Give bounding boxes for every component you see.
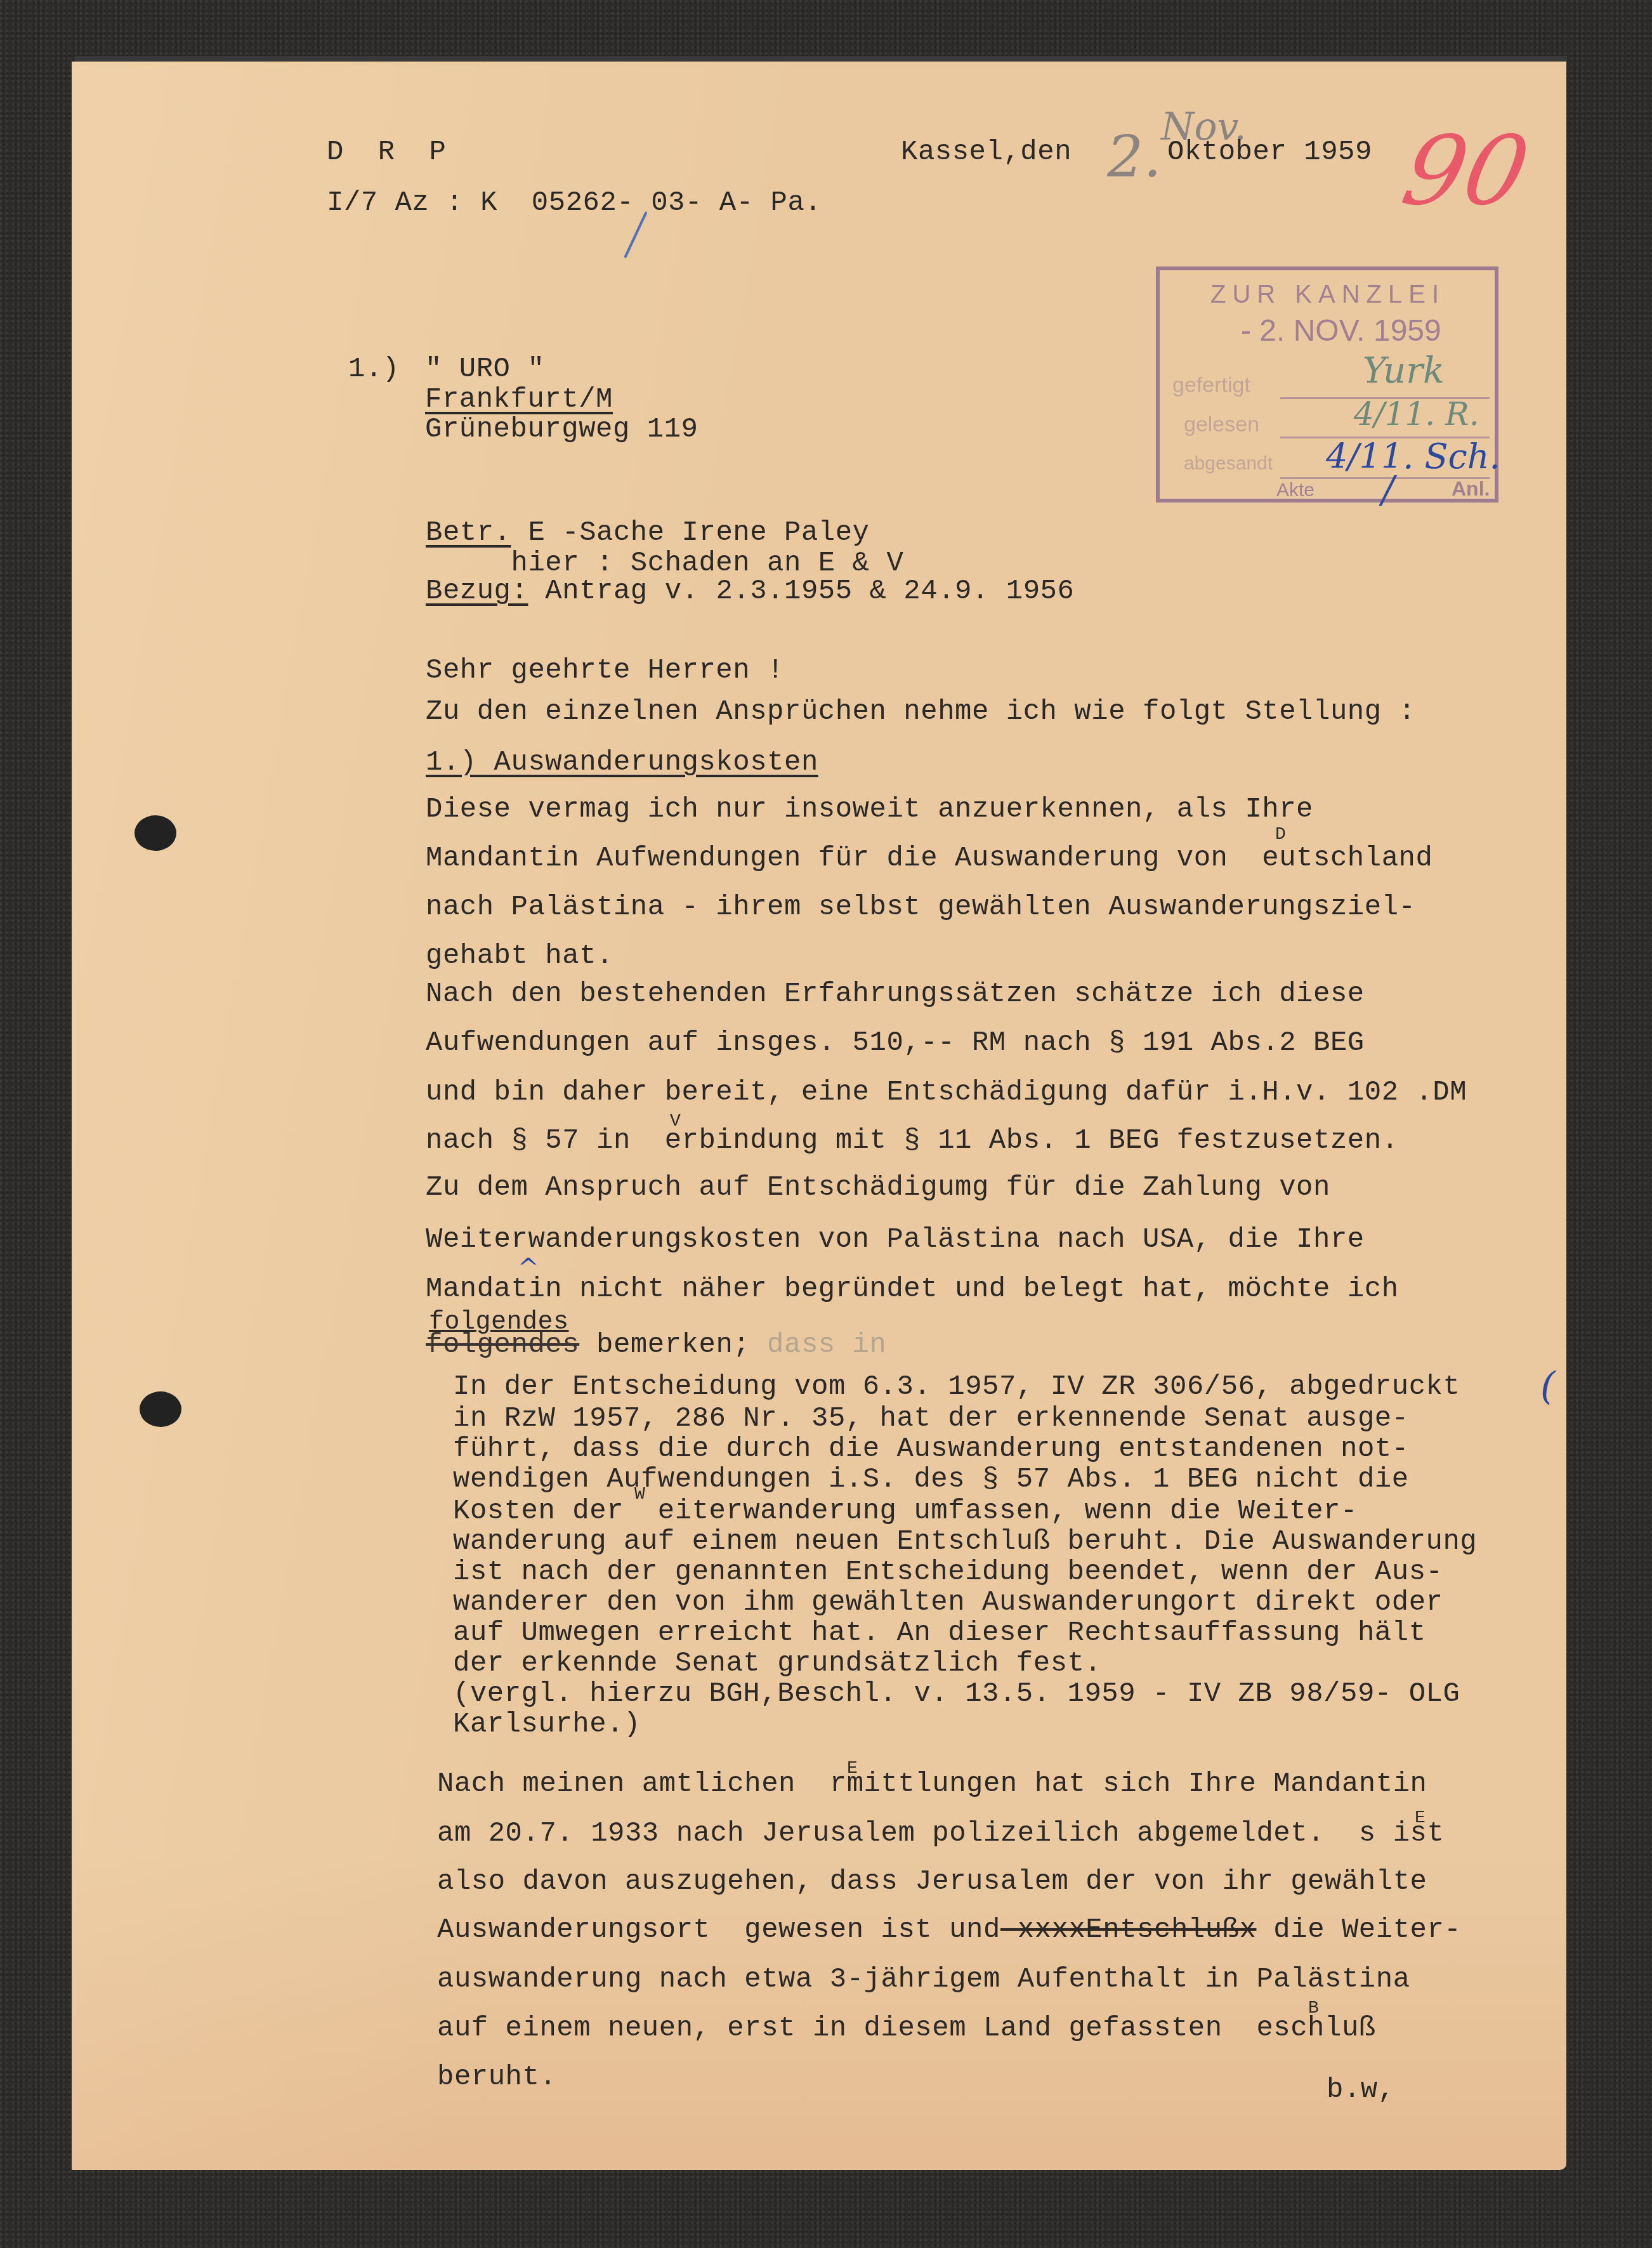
stamp-handwritten-blue: 4/11. Sch. (1326, 437, 1500, 477)
quote-line: Kosten der eiterwanderung umfassen, wenn… (453, 1497, 1358, 1525)
recipient-number: 1.) (348, 355, 400, 383)
struck-text: xxxxEntschlußx (1000, 1914, 1257, 1946)
stamp-handwritten-initials: Yurk (1363, 350, 1445, 391)
paragraph-line: Aufwendungen auf insges. 510,-- RM nach … (426, 1029, 1365, 1057)
line-text: Auswanderungsort gewesen ist und (437, 1914, 1000, 1946)
paragraph-line: Nach den bestehenden Erfahrungssätzen sc… (426, 980, 1365, 1008)
recipient-street: Grüneburgweg 119 (425, 416, 698, 444)
quote-line: (vergl. hierzu BGH,Beschl. v. 13.5. 1959… (453, 1680, 1460, 1708)
reference-number: I/7 Az : K 05262- 03- A- Pa. (327, 189, 822, 217)
superscript-correction: D (1275, 825, 1286, 845)
intro-line: Zu den einzelnen Ansprüchen nehme ich wi… (426, 698, 1415, 726)
bezug-label: Bezug: (426, 575, 528, 607)
subject-hier: hier : Schaden an E & V (426, 549, 903, 577)
section-heading: 1.) Auswanderungskosten (426, 749, 818, 777)
quote-line: führt, dass die durch die Auswanderung e… (453, 1435, 1409, 1463)
sender-office: D R P (327, 138, 455, 166)
recipient-name: " URO " (425, 355, 544, 383)
quote-line: In der Entscheidung vom 6.3. 1957, IV ZR… (453, 1373, 1460, 1401)
paragraph-line: nach § 57 in erbindung mit § 11 Abs. 1 B… (426, 1127, 1399, 1155)
superscript-correction: V (670, 1112, 681, 1131)
place-date-prefix: Kassel,den (901, 138, 1072, 166)
blue-margin-mark: ( (1540, 1364, 1555, 1409)
caret-insertion-mark: ^ (518, 1253, 539, 1282)
closing-line: folgendes bemerken; dass in (426, 1331, 886, 1359)
punch-hole-top (134, 815, 176, 851)
paragraph-line: auswanderung nach etwa 3-jährigem Aufent… (437, 1966, 1410, 1994)
faint-struck-text: dass in (750, 1329, 886, 1361)
paragraph-line: also davon auszugehen, dass Jerusalem de… (437, 1868, 1427, 1896)
paragraph-line: Diese vermag ich nur insoweit anzuerkenn… (426, 796, 1313, 824)
superscript-correction: E (847, 1759, 858, 1778)
paragraph-line: gehabt hat. (426, 942, 613, 970)
paragraph-line: Zu dem Anspruch auf Entschädigumg für di… (426, 1174, 1330, 1202)
stamp-label-akte: Akte (1276, 480, 1314, 501)
handwritten-day: 2. (1107, 124, 1162, 190)
punch-hole-bottom (140, 1391, 181, 1427)
paragraph-line: nach Palästina - ihrem selbst gewählten … (426, 893, 1415, 921)
quote-line: wendigen Aufwendungen i.S. des § 57 Abs.… (453, 1466, 1409, 1494)
stamp-handwritten-green: 4/11. R. (1354, 396, 1479, 433)
chancery-stamp: ZUR KANZLEI - 2. NOV. 1959 gefertigt gel… (1156, 266, 1498, 503)
stamp-label-gelesen: gelesen (1184, 412, 1259, 437)
quote-line: auf Umwegen erreicht hat. An dieser Rech… (453, 1619, 1426, 1647)
continuation-mark: b.w, (1327, 2076, 1395, 2104)
quote-line: der erkennde Senat grundsätzlich fest. (453, 1650, 1101, 1678)
stamp-date: - 2. NOV. 1959 (1241, 313, 1441, 348)
paragraph-line: auf einem neuen, erst in diesem Land gef… (437, 2015, 1376, 2042)
quote-line: Karlsurhe.) (453, 1711, 641, 1739)
quote-line: ist nach der genannten Entscheidung been… (453, 1558, 1443, 1586)
stamp-title: ZUR KANZLEI (1210, 280, 1445, 309)
quote-line: wanderung auf einem neuen Entschluß beru… (453, 1528, 1477, 1556)
recipient-city: Frankfurt/M (425, 386, 613, 414)
subject-line: Betr. E -Sache Irene Paley (426, 519, 870, 547)
stamp-label-abgesandt: abgesandt (1184, 453, 1273, 475)
closing-text: bemerken; (579, 1329, 750, 1361)
paragraph-line: Mandantin Aufwendungen für die Auswander… (426, 845, 1432, 872)
paragraph-line: Weiterwanderungskosten von Palästina nac… (426, 1226, 1365, 1254)
bezug-text: Antrag v. 2.3.1955 & 24.9. 1956 (528, 575, 1074, 607)
paragraph-line: Mandatin nicht näher begründet und beleg… (426, 1275, 1399, 1303)
folio-number: 90 (1395, 124, 1537, 219)
quote-line: wanderer den von ihm gewählten Auswander… (453, 1589, 1443, 1617)
stamp-label-gefertigt: gefertigt (1172, 373, 1250, 398)
struck-word: folgendes (426, 1329, 579, 1361)
paragraph-line: und bin daher bereit, eine Entschädigung… (426, 1079, 1467, 1107)
quote-line: in RzW 1957, 286 Nr. 35, hat der erkenne… (453, 1405, 1409, 1433)
paragraph-line: am 20.7. 1933 nach Jerusalem polizeilich… (437, 1820, 1444, 1848)
typed-month-year: Oktober 1959 (1167, 138, 1372, 166)
paragraph-line: Auswanderungsort gewesen ist und xxxxEnt… (437, 1916, 1461, 1944)
reference-line: Bezug: Antrag v. 2.3.1955 & 24.9. 1956 (426, 577, 1074, 605)
stamp-label-anl: Anl. (1452, 477, 1490, 501)
salutation: Sehr geehrte Herren ! (426, 657, 784, 685)
betr-text: E -Sache Irene Paley (511, 517, 870, 549)
superscript-correction: W (634, 1485, 645, 1504)
paragraph-line: beruht. (437, 2063, 556, 2091)
line-tail: die Weiter- (1256, 1914, 1461, 1946)
stamp-handwritten-slash: / (1382, 468, 1394, 511)
superscript-correction: E (1415, 1808, 1426, 1828)
paragraph-line: Nach meinen amtlichen rmittlungen hat si… (437, 1770, 1427, 1798)
superscript-correction: B (1308, 1999, 1319, 2018)
betr-label: Betr. (426, 517, 511, 549)
